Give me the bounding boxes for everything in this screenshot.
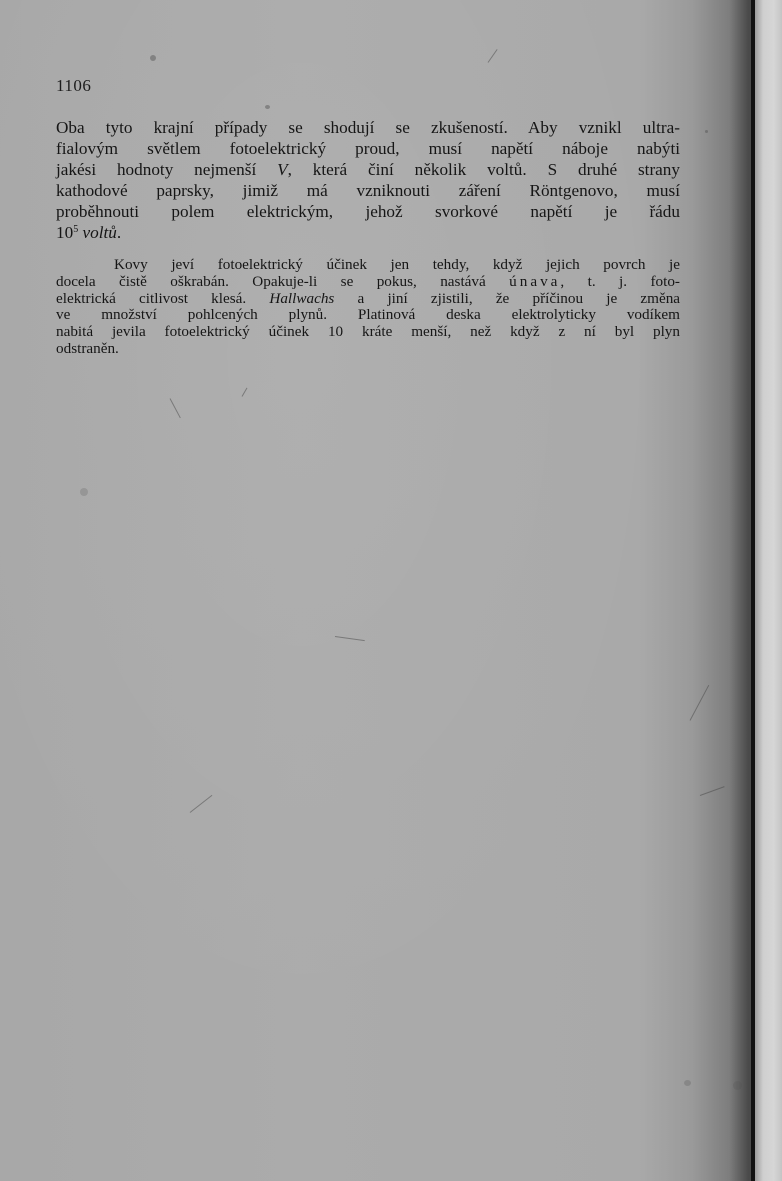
- text-line: Kovy jeví fotoelektrický účinek jen tehd…: [56, 257, 680, 274]
- paper-fiber: [242, 388, 248, 397]
- text-line: kathodové paprsky, jimiž má vzniknouti z…: [56, 180, 680, 201]
- paper-speck: [733, 1081, 742, 1090]
- text-run: , která činí několik voltů. S druhé stra…: [288, 160, 680, 179]
- text-line: ve množství pohlcených plynů. Platinová …: [56, 307, 680, 324]
- exponent: 5: [73, 224, 78, 235]
- paper-fiber: [190, 795, 213, 813]
- text-line: odstraněn.: [56, 341, 680, 358]
- book-page: 1106 Oba tyto krajní případy se shodují …: [0, 0, 752, 1181]
- exponent-base: 10: [56, 223, 73, 242]
- text-run: docela čistě oškrabán. Opakuje-li se pok…: [56, 273, 486, 290]
- text-run: elektrická citlivost klesá.: [56, 290, 246, 307]
- text-line: Oba tyto krajní případy se shodují se zk…: [56, 117, 680, 138]
- paragraph-2: Kovy jeví fotoelektrický účinek jen tehd…: [56, 257, 680, 358]
- paper-fiber: [335, 636, 365, 641]
- paper-speck: [265, 105, 270, 109]
- text-run: , t. j. foto-: [560, 273, 680, 290]
- paper-speck: [80, 488, 88, 496]
- paragraph-1: Oba tyto krajní případy se shodují se zk…: [56, 117, 680, 243]
- text-line: 105 voltů.: [56, 222, 680, 243]
- variable-v: V: [277, 160, 288, 179]
- text-line: proběhnouti polem elektrickým, jehož svo…: [56, 201, 680, 222]
- paper-fiber: [488, 49, 498, 63]
- unit-volts: voltů: [82, 223, 116, 242]
- paper-speck: [684, 1080, 691, 1086]
- paper-fiber: [170, 398, 181, 418]
- emphasis-spaced: únava: [509, 273, 560, 290]
- text-line: fialovým světlem fotoelektrický proud, m…: [56, 138, 680, 159]
- paper-fiber: [700, 786, 725, 796]
- text-run: .: [117, 223, 121, 242]
- text-line: jakési hodnoty nejmenší V, která činí ně…: [56, 159, 680, 180]
- text-run: a jiní zjistili, že příčinou je změna: [358, 290, 681, 307]
- author-name: Hallwachs: [269, 290, 334, 307]
- paper-speck: [150, 55, 156, 61]
- text-line: elektrická citlivost klesá. Hallwachs a …: [56, 291, 680, 308]
- text-line: nabitá jevila fotoelektrický účinek 10 k…: [56, 324, 680, 341]
- adjacent-page-edge: [755, 0, 782, 1181]
- text-run: jakési hodnoty nejmenší: [56, 160, 256, 179]
- page-number: 1106: [56, 76, 91, 96]
- text-line: docela čistě oškrabán. Opakuje-li se pok…: [56, 274, 680, 291]
- paper-fiber: [690, 685, 710, 721]
- paper-speck: [705, 130, 708, 133]
